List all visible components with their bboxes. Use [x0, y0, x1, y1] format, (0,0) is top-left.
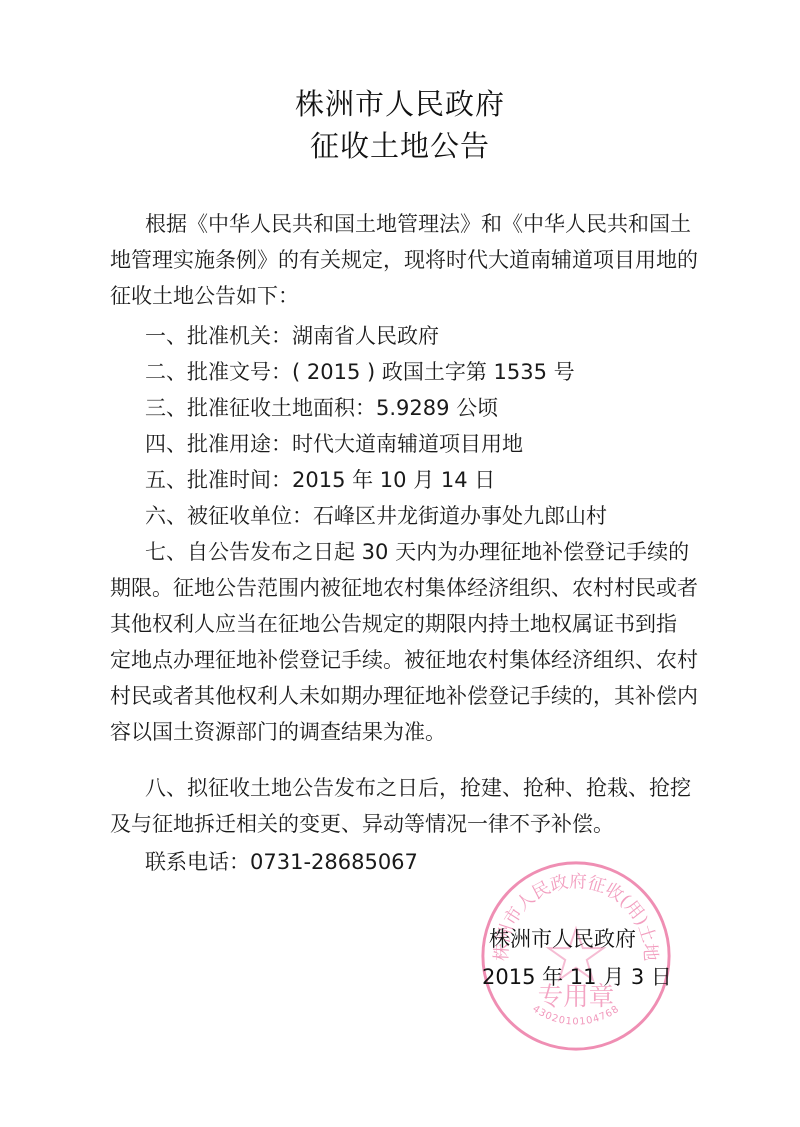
- contact-phone: 联系电话：0731-28685067: [145, 846, 418, 876]
- item-land-area: 三、批准征收土地面积：5.9289 公顷: [145, 392, 498, 422]
- intro-line-1: 根据《中华人民共和国土地管理法》和《中华人民共和国土: [145, 208, 691, 238]
- document-title-line1: 株洲市人民政府: [0, 82, 800, 123]
- item7-line-6: 容以国土资源部门的调查结果为准。: [110, 716, 446, 746]
- document-title-line2: 征收土地公告: [0, 124, 800, 165]
- item-expropriated-unit: 六、被征收单位：石峰区井龙街道办事处九郎山村: [145, 500, 607, 530]
- item7-line-1: 七、自公告发布之日起 30 天内为办理征地补偿登记手续的: [145, 536, 689, 566]
- signature-organization: 株洲市人民政府: [489, 923, 636, 953]
- item-approval-authority: 一、批准机关：湖南省人民政府: [145, 320, 439, 350]
- intro-line-3: 征收土地公告如下：: [110, 280, 299, 310]
- item7-line-5: 村民或者其他权利人未如期办理征地补偿登记手续的，其补偿内: [110, 680, 698, 710]
- item-approval-date: 五、批准时间：2015 年 10 月 14 日: [145, 464, 495, 494]
- item-land-use: 四、批准用途：时代大道南辅道项目用地: [145, 428, 523, 458]
- item8-line-1: 八、拟征收土地公告发布之日后，抢建、抢种、抢栽、抢挖: [145, 772, 691, 802]
- document-page: 株洲市人民政府 征收土地公告 根据《中华人民共和国土地管理法》和《中华人民共和国…: [0, 0, 800, 1127]
- official-seal-icon: 株洲市人民政府征收(用)土地 专用章 4302010104768: [478, 858, 674, 1054]
- item7-line-2: 期限。征地公告范围内被征地农村集体经济组织、农村村民或者: [110, 572, 698, 602]
- item-approval-number: 二、批准文号：( 2015 ) 政国土字第 1535 号: [145, 356, 575, 386]
- item7-line-4: 定地点办理征地补偿登记手续。被征地农村集体经济组织、农村: [110, 644, 698, 674]
- signature-date: 2015 年 11 月 3 日: [482, 961, 672, 991]
- intro-line-2: 地管理实施条例》的有关规定，现将时代大道南辅道项目用地的: [110, 244, 698, 274]
- item7-line-3: 其他权利人应当在征地公告规定的期限内持土地权属证书到指: [110, 608, 677, 638]
- item8-line-2: 及与征地拆迁相关的变更、异动等情况一律不予补偿。: [110, 808, 614, 838]
